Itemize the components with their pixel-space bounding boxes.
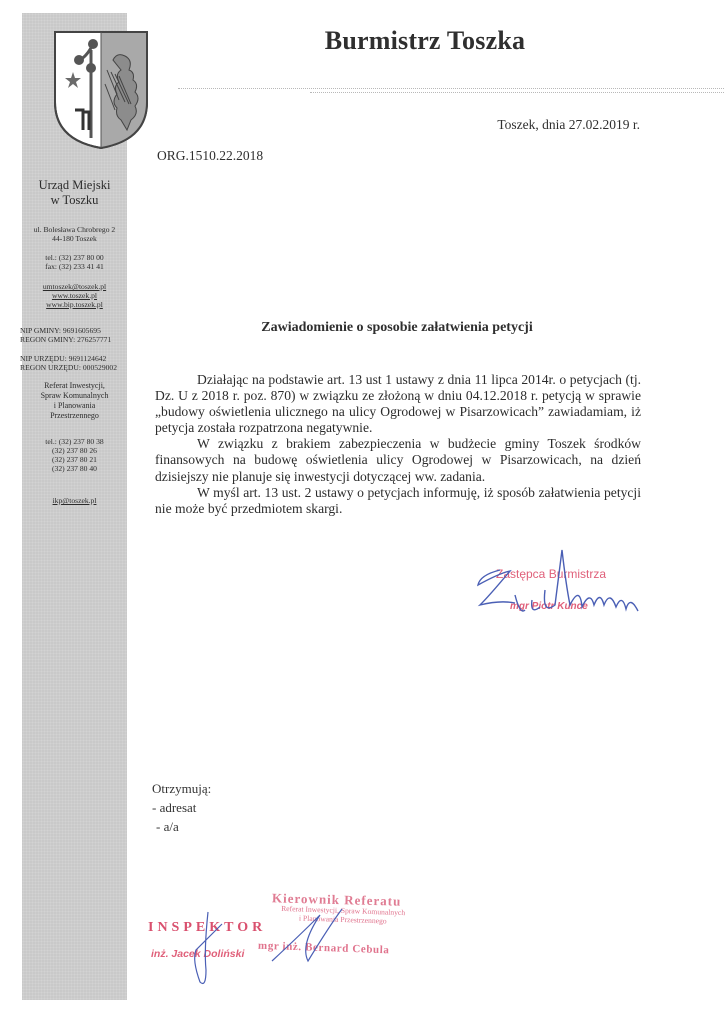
- letter-heading: Zawiadomienie o sposobie załatwienia pet…: [150, 320, 644, 336]
- head-stamp-name: mgr inż. Bernard Cebula: [258, 940, 390, 957]
- letter-body: Działając na podstawie art. 13 ust 1 ust…: [155, 372, 641, 517]
- department-phones: tel.: (32) 237 80 38 (32) 237 80 26 (32)…: [22, 437, 127, 473]
- letter-paragraph: W myśl art. 13 ust. 2 ustawy o petycjach…: [155, 485, 641, 517]
- regon-urzedu: REGON URZĘDU: 000529002: [20, 363, 127, 372]
- email-link[interactable]: umtoszek@toszek.pl: [22, 282, 127, 291]
- department-line: i Planowania: [22, 401, 127, 411]
- letterhead-sidebar: [22, 13, 127, 1000]
- inspector-stamp-title: INSPEKTOR: [148, 920, 266, 936]
- handwritten-signature-icon: [470, 545, 660, 640]
- nip-urzedu: NIP URZĘDU: 9691124642: [20, 354, 127, 363]
- department-name: Referat Inwestycji, Spraw Komunalnych i …: [22, 381, 127, 421]
- department-phone: (32) 237 80 21: [22, 455, 127, 464]
- recipient-item: - adresat: [152, 798, 211, 817]
- department-phone: (32) 237 80 26: [22, 446, 127, 455]
- header-divider: [310, 92, 724, 93]
- address-street: ul. Bolesława Chrobrego 2: [22, 225, 127, 234]
- department-phone: (32) 237 80 40: [22, 464, 127, 473]
- page-title: Burmistrz Toszka: [230, 26, 620, 56]
- bip-link[interactable]: www.bip.toszek.pl: [22, 300, 127, 309]
- office-phones: tel.: (32) 237 80 00 fax: (32) 233 41 41: [22, 253, 127, 271]
- office-address: ul. Bolesława Chrobrego 2 44-180 Toszek: [22, 225, 127, 243]
- department-line: Spraw Komunalnych: [22, 391, 127, 401]
- recipients-list: Otrzymują: - adresat - a/a: [152, 779, 211, 836]
- office-name: Urząd Miejski w Toszku: [22, 178, 127, 208]
- office-name-line: Urząd Miejski: [22, 178, 127, 193]
- reference-number: ORG.1510.22.2018: [157, 148, 263, 164]
- gmina-tax-ids: NIP GMINY: 9691605695 REGON GMINY: 27625…: [20, 326, 127, 344]
- recipients-label: Otrzymują:: [152, 779, 211, 798]
- office-tax-ids: NIP URZĘDU: 9691124642 REGON URZĘDU: 000…: [20, 354, 127, 372]
- inspector-stamp-name: inż. Jacek Doliński: [151, 948, 244, 960]
- head-stamp-department: Referat Inwestycji, Spraw Komunalnych i …: [248, 903, 439, 928]
- website-link[interactable]: www.toszek.pl: [22, 291, 127, 300]
- department-line: Referat Inwestycji,: [22, 381, 127, 391]
- place-date: Toszek, dnia 27.02.2019 r.: [497, 117, 640, 133]
- letter-paragraph: Działając na podstawie art. 13 ust 1 ust…: [155, 372, 641, 436]
- phone-number: tel.: (32) 237 80 00: [22, 253, 127, 262]
- regon-gminy: REGON GMINY: 276257771: [20, 335, 127, 344]
- office-links: umtoszek@toszek.pl www.toszek.pl www.bip…: [22, 282, 127, 309]
- recipient-item: - a/a: [152, 817, 211, 836]
- office-name-line: w Toszku: [22, 193, 127, 208]
- department-line: Przestrzennego: [22, 411, 127, 421]
- letter-paragraph: W związku z brakiem zabezpieczenia w bud…: [155, 436, 641, 484]
- coat-of-arms-icon: [53, 30, 149, 150]
- nip-gminy: NIP GMINY: 9691605695: [20, 326, 127, 335]
- department-email-link[interactable]: ikp@toszek.pl: [22, 496, 127, 505]
- header-divider: [178, 88, 724, 89]
- address-postcode: 44-180 Toszek: [22, 234, 127, 243]
- fax-number: fax: (32) 233 41 41: [22, 262, 127, 271]
- department-phone: tel.: (32) 237 80 38: [22, 437, 127, 446]
